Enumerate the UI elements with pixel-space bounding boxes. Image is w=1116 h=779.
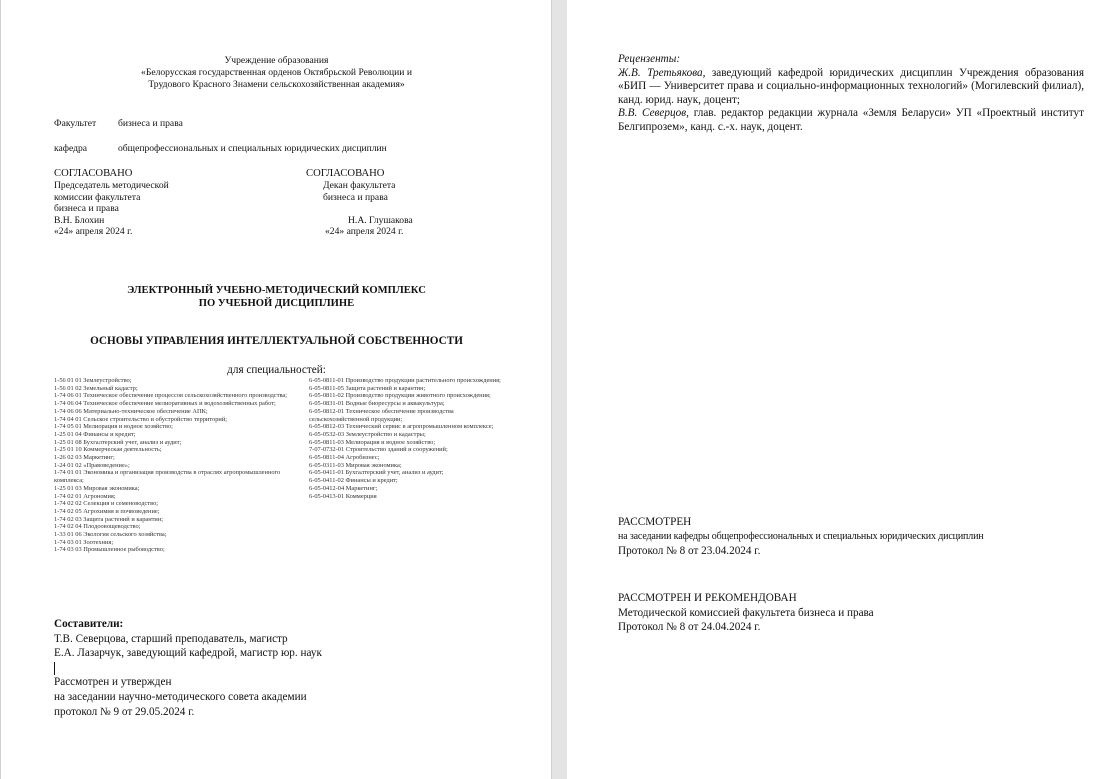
reviewer-name: Ж.В. Третьякова, [618,67,705,79]
institution-line-1: Учреждение образования [1,55,551,67]
institution-line-3: Трудового Красного Знамени сельскохозяйс… [1,79,551,91]
reviewed-by-department: РАССМОТРЕН на заседании кафедры общепроф… [618,515,983,559]
approved-line-1: Рассмотрен и утвержден [54,675,322,690]
approval-left-date: «24» апреля 2024 г. [54,226,169,238]
approval-right-line: Декан факультета [306,180,413,192]
specialty-item: 1-56 01 01 Землеустройство; [54,377,304,385]
author-item: Т.В. Северцова, старший преподаватель, м… [54,632,322,647]
reviewed-commission-heading: РАССМОТРЕН И РЕКОМЕНДОВАН [618,591,874,606]
specialty-item: 1-25 01 03 Мировая экономика; [54,485,304,493]
approval-left-line: Председатель методической [54,180,169,192]
document-title: ЭЛЕКТРОННЫЙ УЧЕБНО-МЕТОДИЧЕСКИЙ КОМПЛЕКС… [1,285,551,310]
approval-left-line: бизнеса и права [54,203,169,215]
specialties-list-right: 6-05-0811-01 Производство продукции раст… [309,377,509,500]
specialty-item: 6-05-0811-04 Агробизнес; [309,454,509,462]
specialty-item: 1-25 01 08 Бухгалтерский учет, анализ и … [54,439,304,447]
specialty-item: 1-25 01 10 Коммерческая деятельность; [54,446,304,454]
specialty-item: 1-74 03 01 Зоотехния; [54,539,304,547]
page-separator [551,0,567,779]
reviewers-block: Рецензенты: Ж.В. Третьякова, заведующий … [618,53,1084,135]
approval-right-name: Н.А. Глушакова [306,215,413,227]
specialty-item: 1-74 03 03 Промышленное рыбоводство; [54,546,304,554]
specialty-item: 7-07-0732-01 Строительство зданий и соор… [309,446,509,454]
specialty-item: 1-74 02 04 Плодоовощеводство; [54,523,304,531]
approval-right-heading: СОГЛАСОВАНО [306,168,413,180]
author-item: Е.А. Лазарчук, заведующий кафедрой, маги… [54,646,322,661]
faculty-label: Факультет [54,118,118,129]
approval-left-heading: СОГЛАСОВАНО [54,168,169,180]
specialty-item: 6-05-0311-03 Мировая экономика; [309,462,509,470]
specialty-item: 1-74 04 01 Сельское строительство и обус… [54,416,304,424]
specialty-item: 6-05-0411-01 Бухгалтерский учет, анализ … [309,469,509,477]
faculty-value: бизнеса и права [118,118,183,129]
reviewed-commission-line-2: Протокол № 8 от 24.04.2024 г. [618,620,874,635]
specialty-item: 1-74 06 06 Материально-техническое обесп… [54,408,304,416]
institution-header: Учреждение образования «Белорусская госу… [1,55,551,91]
specialty-item: 6-05-0812-03 Технический сервис в агропр… [309,423,509,431]
approval-block-right: СОГЛАСОВАНО Декан факультета бизнеса и п… [306,168,413,238]
document-page-2[interactable]: Рецензенты: Ж.В. Третьякова, заведующий … [567,0,1116,779]
department-label: кафедра [54,143,118,154]
specialties-heading: для специальностей: [1,364,551,376]
specialty-item: 1-33 01 06 Экология сельского хозяйства; [54,531,304,539]
reviewed-commission-line-1: Методической комиссией факультета бизнес… [618,606,874,621]
reviewer-item: В.В. Северцов, глав. редактор редакции ж… [618,107,1084,134]
approval-left-line: комиссии факультета [54,192,169,204]
department-row: кафедраобщепрофессиональных и специальны… [54,143,387,154]
reviewed-by-commission: РАССМОТРЕН И РЕКОМЕНДОВАН Методической к… [618,591,874,635]
discipline-title: ОСНОВЫ УПРАВЛЕНИЯ ИНТЕЛЛЕКТУАЛЬНОЙ СОБСТ… [1,335,551,347]
approval-left-name: В.Н. Блохин [54,215,169,227]
approval-right-line: бизнеса и права [306,192,413,204]
title-line-2: ПО УЧЕБНОЙ ДИСЦИПЛИНЕ [1,298,551,311]
approved-line-2: на заседании научно-методического совета… [54,690,322,705]
faculty-row: Факультетбизнеса и права [54,118,183,129]
specialty-item: 6-05-0811-02 Производство продукции живо… [309,392,509,400]
specialty-item: 1-74 06 01 Техническое обеспечение проце… [54,392,304,400]
reviewed-dept-heading: РАССМОТРЕН [618,515,983,530]
specialty-item: 1-56 01 02 Земельный кадастр; [54,385,304,393]
approval-block-left: СОГЛАСОВАНО Председатель методической ко… [54,168,169,238]
specialty-item: 1-74 02 05 Агрохимия и почвоведение; [54,508,304,516]
specialty-item: 6-05-0811-01 Производство продукции раст… [309,377,509,385]
specialty-item: 6-05-0411-02 Финансы и кредит; [309,477,509,485]
specialties-list-left: 1-56 01 01 Землеустройство;1-56 01 02 Зе… [54,377,304,554]
specialty-item: 6-05-0831-01 Водные биоресурсы и аквакул… [309,400,509,408]
specialty-item: 6-05-0811-05 Защита растений и карантин; [309,385,509,393]
specialty-item: 6-05-0412-04 Маркетинг; [309,485,509,493]
reviewer-name: В.В. Северцов, [618,107,689,119]
specialty-item: 1-74 02 01 Агрономия; [54,493,304,501]
specialty-item: 6-05-0532-03 Землеустройство и кадастры; [309,431,509,439]
document-page-1[interactable]: Учреждение образования «Белорусская госу… [0,0,551,779]
specialty-item: 1-74 01 01 Экономика и организация произ… [54,469,304,484]
reviewer-item: Ж.В. Третьякова, заведующий кафедрой юри… [618,67,1084,108]
specialty-item: 1-26 02 03 Маркетинг; [54,454,304,462]
specialty-item: 1-74 02 03 Защита растений и карантин; [54,516,304,524]
authors-heading: Составители: [54,617,322,632]
text-cursor[interactable] [54,661,322,676]
specialty-item: 6-05-0413-01 Коммерция [309,493,509,501]
reviewers-heading: Рецензенты: [618,53,1084,67]
specialty-item: 6-05-0812-01 Техническое обеспечение про… [309,408,509,423]
specialty-item: 1-74 06 04 Техническое обеспечение мелио… [54,400,304,408]
institution-line-2: «Белорусская государственная орденов Окт… [1,67,551,79]
specialty-item: 1-74 02 02 Селекция и семеноводство; [54,500,304,508]
reviewed-dept-line-1: на заседании кафедры общепрофессиональны… [618,530,983,545]
specialty-item: 6-05-0811-03 Мелиорация и водное хозяйст… [309,439,509,447]
title-line-1: ЭЛЕКТРОННЫЙ УЧЕБНО-МЕТОДИЧЕСКИЙ КОМПЛЕКС [1,285,551,298]
specialty-item: 1-25 01 04 Финансы и кредит; [54,431,304,439]
approval-right-date: «24» апреля 2024 г. [306,226,413,238]
approved-line-3: протокол № 9 от 29.05.2024 г. [54,705,322,720]
reviewed-dept-line-2: Протокол № 8 от 23.04.2024 г. [618,544,983,559]
specialty-item: 1-24 01 02 «Правоведение»; [54,462,304,470]
specialty-item: 1-74 05 01 Мелиорация и водное хозяйство… [54,423,304,431]
authors-block: Составители: Т.В. Северцова, старший пре… [54,617,322,719]
department-value: общепрофессиональных и специальных юриди… [118,143,387,154]
